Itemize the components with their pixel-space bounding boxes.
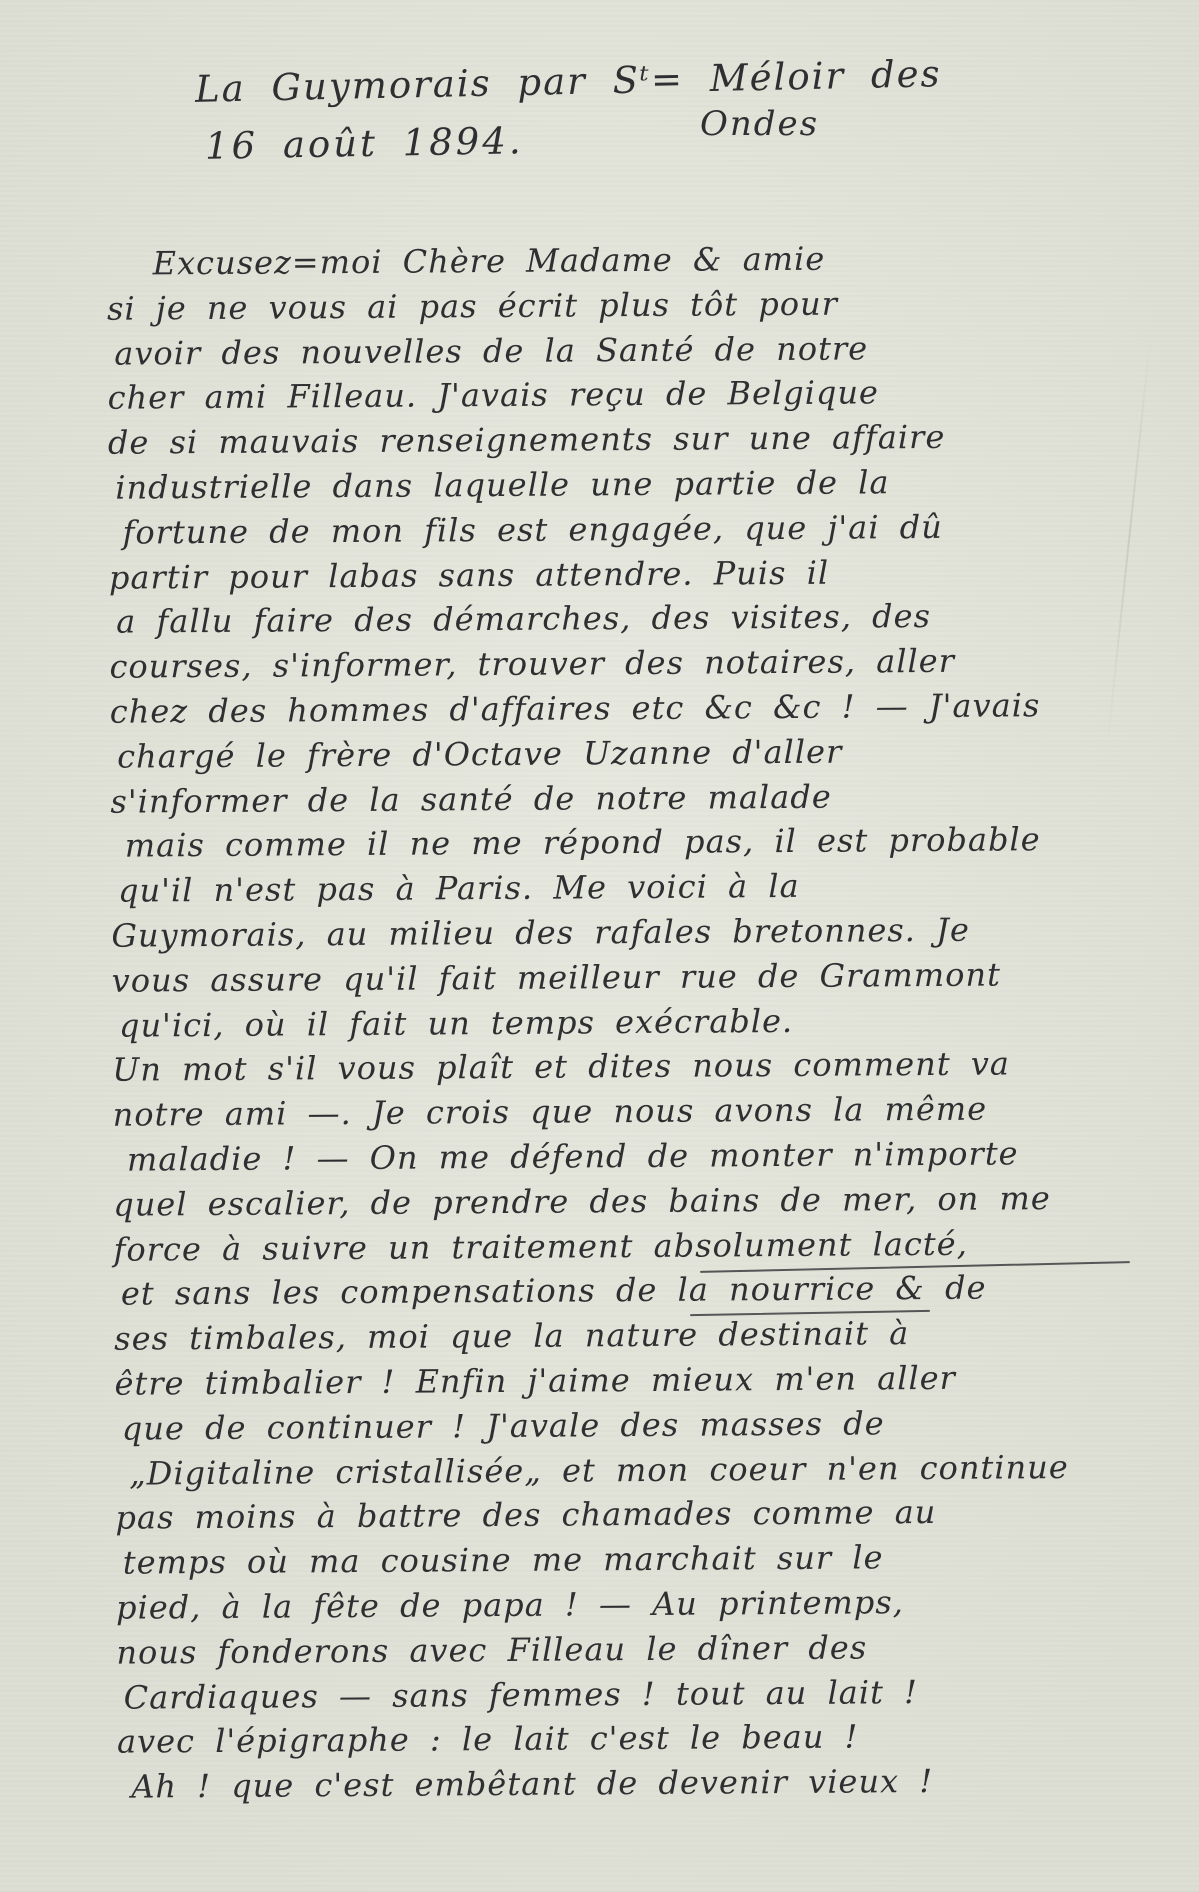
letter-line: et sans les compensations de la nourrice…: [121, 1265, 1174, 1317]
letter-date: 16 août 1894.: [205, 119, 524, 168]
letter-line: qu'ici, où il fait un temps exécrable.: [119, 996, 1172, 1048]
letter-line: a fallu faire des démarches, des visites…: [116, 593, 1169, 645]
letter-page: La Guymorais par Sᵗ= Méloir des Ondes 16…: [0, 0, 1199, 1892]
letter-line: que de continuer ! J'avale des masses de: [122, 1399, 1175, 1451]
letter-line: avoir des nouvelles de la Santé de notre: [114, 324, 1167, 376]
letter-line: notre ami —. Je crois que nous avons la …: [112, 1085, 1172, 1137]
letter-line: temps où ma cousine me marchait sur le: [123, 1533, 1176, 1585]
letter-body: Excusez=moi Chère Madame & amie si je ne…: [107, 234, 1178, 1809]
letter-line: Ah ! que c'est embêtant de devenir vieux…: [131, 1757, 1177, 1809]
letter-line: être timbalier ! Enfin j'aime mieux m'en…: [114, 1354, 1174, 1406]
letter-line: Cardiaques — sans femmes ! tout au lait …: [124, 1668, 1177, 1720]
letter-line: Un mot s'il vous plaît et dites nous com…: [112, 1041, 1172, 1093]
letter-line: „Digitaline cristallisée„ et mon coeur n…: [129, 1444, 1175, 1496]
letter-line: maladie ! — On me défend de monter n'imp…: [127, 1130, 1173, 1182]
letter-line: industrielle dans laquelle une partie de…: [115, 458, 1168, 510]
letter-line: chez des hommes d'affaires etc &c &c ! —…: [110, 682, 1170, 734]
letter-line: mais comme il ne me répond pas, il est p…: [125, 817, 1171, 869]
letter-line: Guymorais, au milieu des rafales bretonn…: [111, 906, 1171, 958]
letter-line: fortune de mon fils est engagée, que j'a…: [122, 503, 1168, 555]
letter-line: de si mauvais renseignements sur une aff…: [108, 414, 1168, 466]
letter-line: courses, s'informer, trouver des notaire…: [109, 637, 1169, 689]
letter-line: ses timbales, moi que la nature destinai…: [114, 1309, 1174, 1361]
letter-line: vous assure qu'il fait meilleur rue de G…: [112, 951, 1172, 1003]
letter-line: partir pour labas sans attendre. Puis il: [109, 548, 1169, 600]
letter-line: quel escalier, de prendre des bains de m…: [113, 1175, 1173, 1227]
letter-line: cher ami Filleau. J'avais reçu de Belgiq…: [107, 369, 1167, 421]
letter-line: pas moins à battre des chamades comme au: [115, 1489, 1175, 1541]
letter-line: chargé le frère d'Octave Uzanne d'aller: [117, 727, 1170, 779]
letter-place-line1: La Guymorais par Sᵗ= Méloir des: [195, 52, 942, 111]
letter-line: nous fonderons avec Filleau le dîner des: [116, 1623, 1176, 1675]
letter-line: Excusez=moi Chère Madame & amie: [153, 234, 1167, 286]
letter-line: qu'il n'est pas à Paris. Me voici à la: [118, 861, 1171, 913]
letter-line: si je ne vous ai pas écrit plus tôt pour: [107, 279, 1167, 331]
letter-line: pied, à la fête de papa ! — Au printemps…: [116, 1578, 1176, 1630]
letter-line: avec l'épigraphe : le lait c'est le beau…: [117, 1713, 1177, 1765]
letter-place-line2: Ondes: [700, 104, 819, 144]
letter-line: s'informer de la santé de notre malade: [110, 772, 1170, 824]
